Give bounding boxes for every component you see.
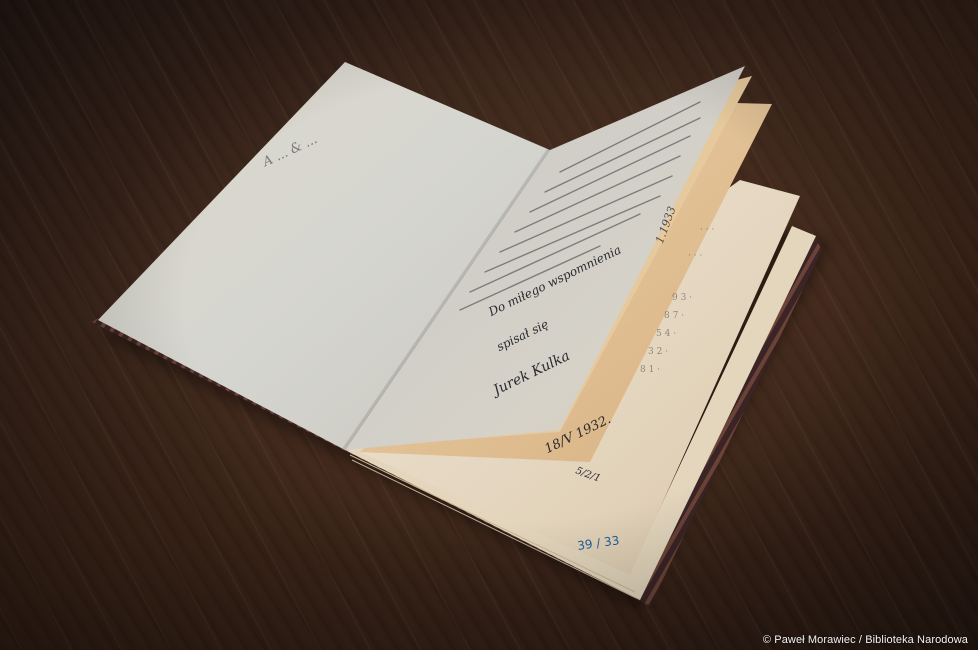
svg-text:· · ·: · · ·: [700, 225, 714, 235]
photo-credit: © Paweł Morawiec / Biblioteka Narodowa: [763, 634, 968, 646]
svg-text:5 4 ·: 5 4 ·: [656, 329, 676, 339]
svg-text:· · ·: · · ·: [688, 251, 702, 261]
svg-text:8 1 ·: 8 1 ·: [640, 365, 660, 375]
open-notebook: A ... & ... Do miłego wspomnienia spisał…: [0, 0, 978, 650]
svg-text:3 2 ·: 3 2 ·: [648, 347, 668, 357]
svg-text:9 3 ·: 9 3 ·: [672, 293, 692, 303]
svg-text:8 7 ·: 8 7 ·: [664, 311, 684, 321]
